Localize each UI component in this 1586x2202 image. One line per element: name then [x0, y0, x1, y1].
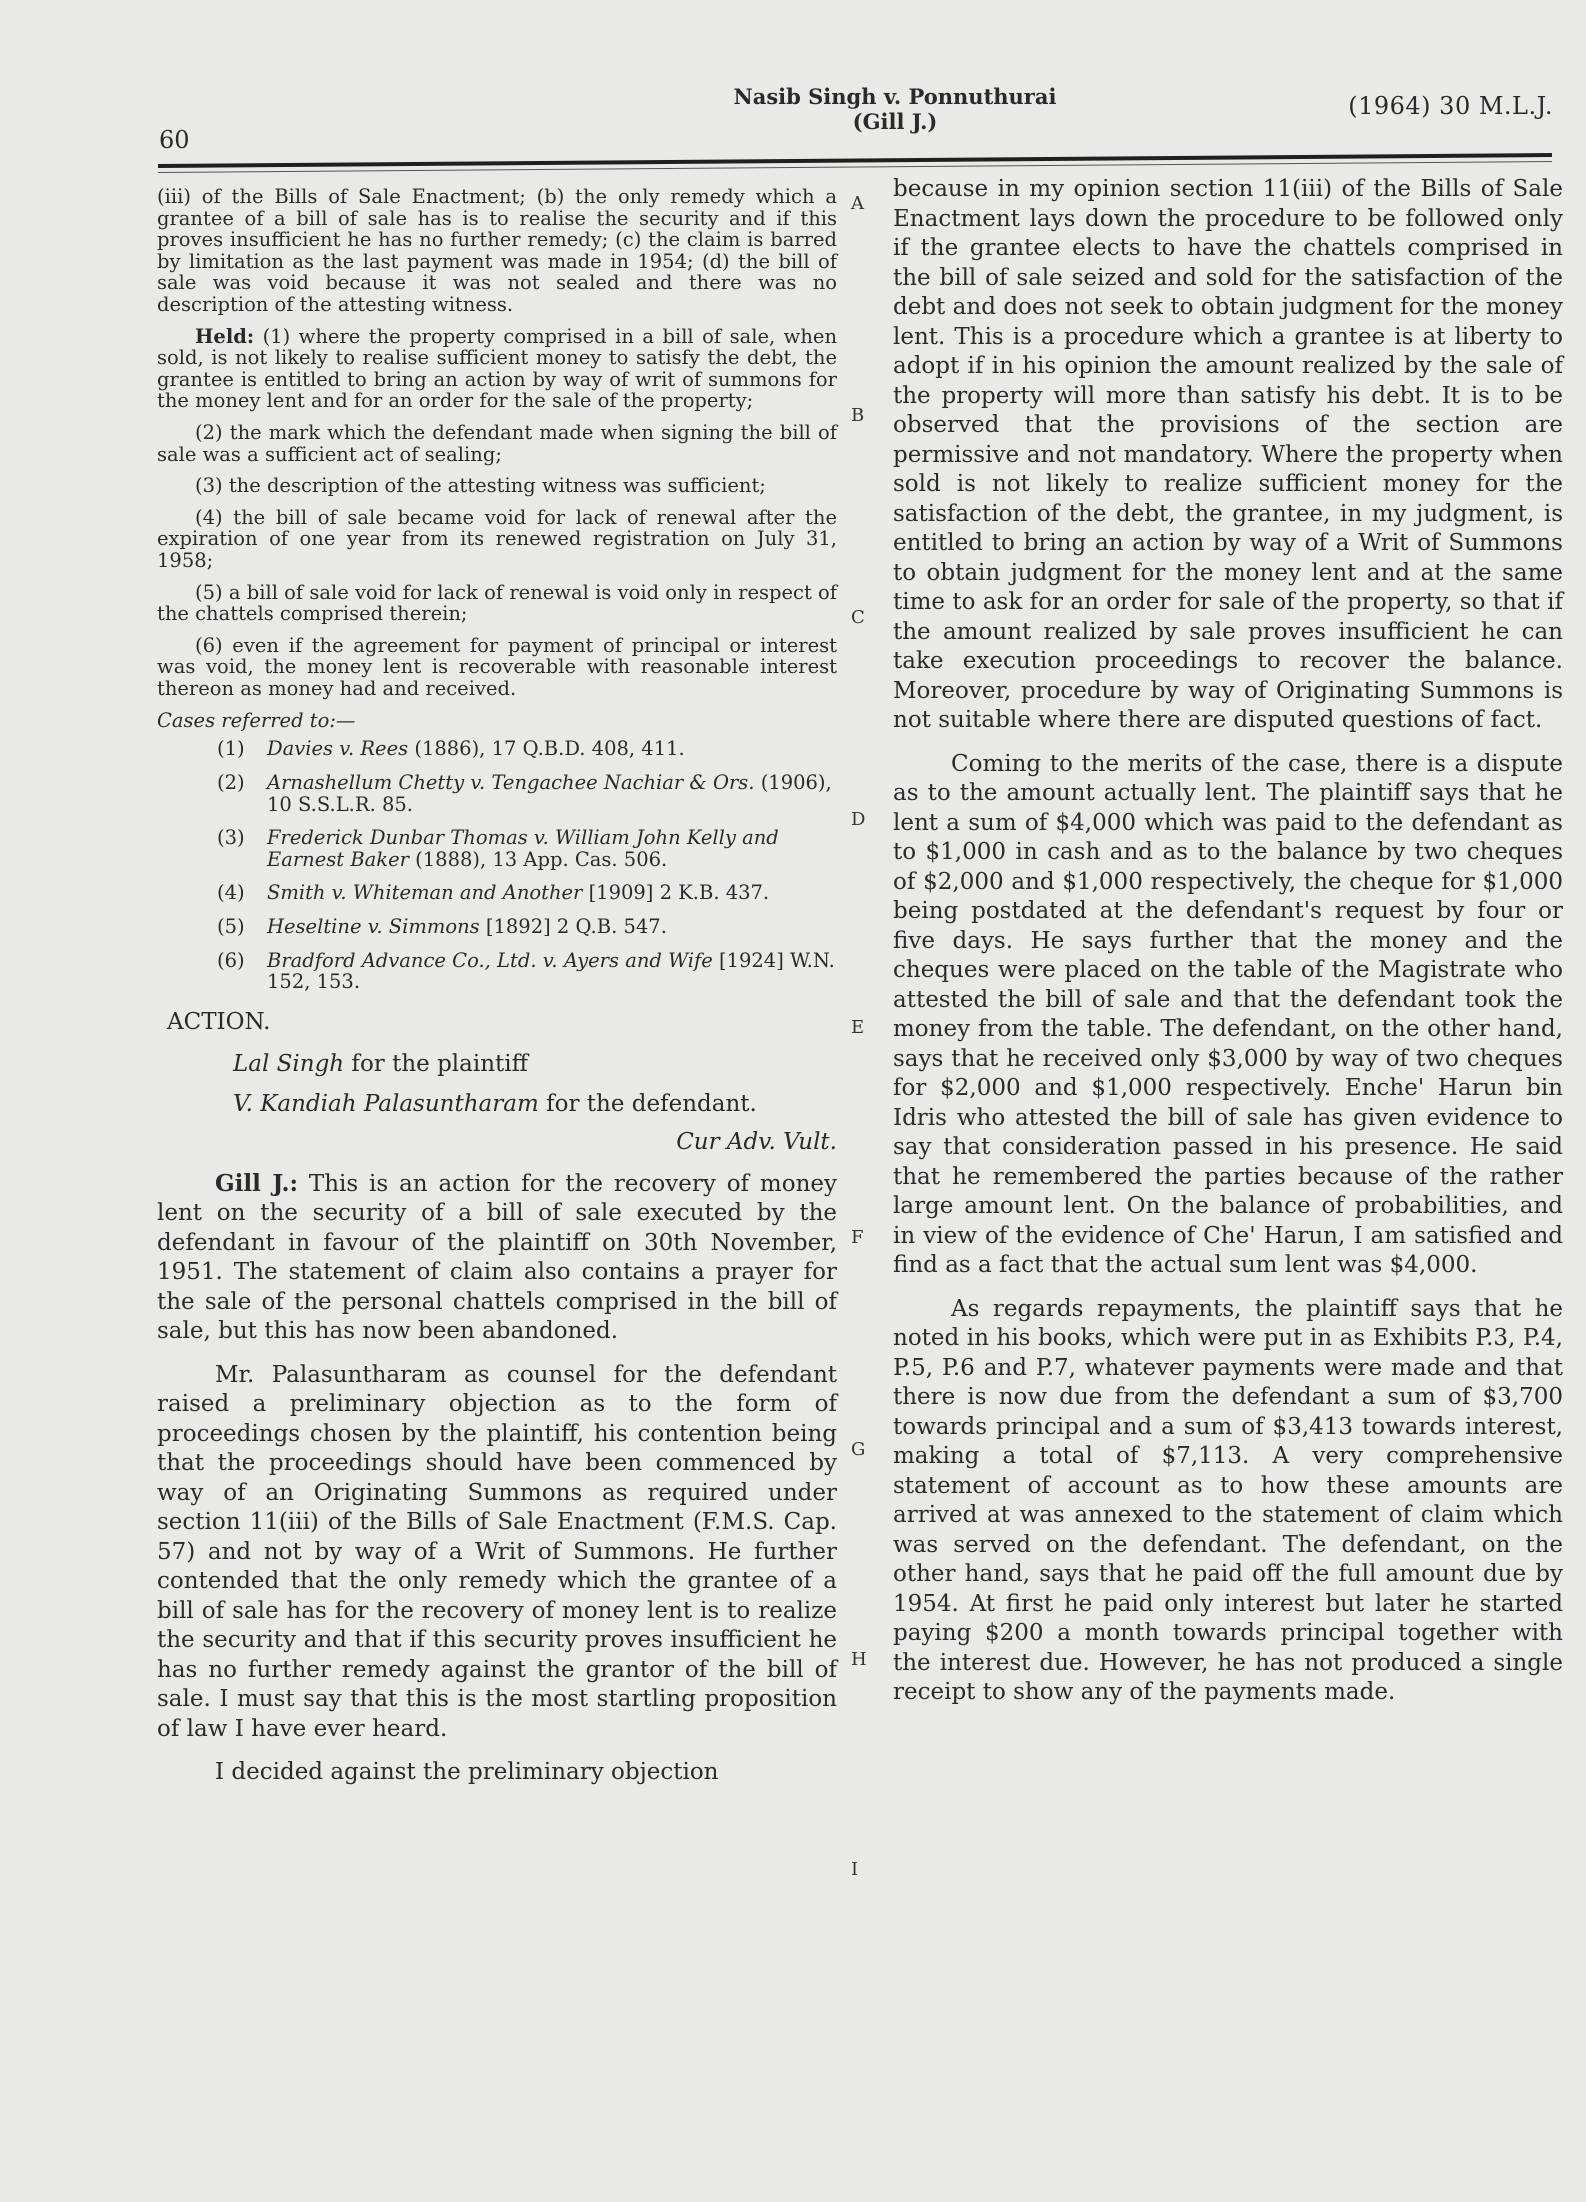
case-item: (2)Arnashellum Chetty v. Tengachee Nachi…: [217, 772, 837, 815]
judgment-para-4: because in my opinion section 11(iii) of…: [893, 175, 1563, 736]
margin-letter-h: H: [851, 1649, 867, 1670]
defendant-counsel: V. Kandiah Palasuntharam for the defenda…: [157, 1089, 837, 1119]
margin-letter-c: C: [851, 607, 865, 628]
judgment-para-2: Mr. Palasuntharam as counsel for the def…: [157, 1361, 837, 1745]
left-column: (iii) of the Bills of Sale Enactment; (b…: [157, 186, 837, 1802]
case-title-judge: (Gill J.): [685, 109, 1105, 134]
case-item: (6)Bradford Advance Co., Ltd. v. Ayers a…: [217, 950, 837, 993]
judgment-para-1: Gill J.: This is an action for the recov…: [157, 1169, 837, 1347]
held-3: (3) the description of the attesting wit…: [157, 475, 837, 497]
case-item: (4)Smith v. Whiteman and Another [1909] …: [217, 882, 837, 904]
judgment-para-5: Coming to the merits of the case, there …: [893, 750, 1563, 1281]
judge-label: Gill J.:: [215, 1170, 298, 1197]
case-title-parties: Nasib Singh v. Ponnuthurai: [685, 84, 1105, 109]
right-column: A B C D E F G H I because in my opinion …: [893, 175, 1563, 1722]
cases-referred-list: (1)Davies v. Rees (1886), 17 Q.B.D. 408,…: [157, 738, 837, 992]
held-2: (2) the mark which the defendant made wh…: [157, 422, 837, 465]
held-4: (4) the bill of sale became void for lac…: [157, 507, 837, 572]
held-label: Held:: [195, 325, 254, 348]
margin-letter-b: B: [851, 405, 864, 426]
headnote-intro: (iii) of the Bills of Sale Enactment; (b…: [157, 186, 837, 316]
case-item: (5)Heseltine v. Simmons [1892] 2 Q.B. 54…: [217, 916, 837, 938]
held-5: (5) a bill of sale void for lack of rene…: [157, 582, 837, 625]
cases-referred-title: Cases referred to:—: [157, 709, 837, 732]
margin-letter-e: E: [851, 1017, 864, 1038]
document-page: 60 Nasib Singh v. Ponnuthurai (Gill J.) …: [0, 0, 1586, 2202]
action-heading: ACTION.: [167, 1009, 837, 1035]
case-title: Nasib Singh v. Ponnuthurai (Gill J.): [685, 84, 1105, 134]
case-item: (3)Frederick Dunbar Thomas v. William Jo…: [217, 827, 837, 870]
plaintiff-counsel: Lal Singh for the plaintiff: [157, 1049, 837, 1079]
held-1: Held: (1) where the property comprised i…: [157, 326, 837, 412]
judgment-para-3: I decided against the preliminary object…: [157, 1758, 837, 1788]
margin-letter-g: G: [851, 1439, 865, 1460]
case-item: (1)Davies v. Rees (1886), 17 Q.B.D. 408,…: [217, 738, 837, 760]
margin-letter-i: I: [851, 1859, 858, 1880]
margin-letter-a: A: [851, 193, 864, 214]
report-citation: (1964) 30 M.L.J.: [1348, 92, 1553, 120]
margin-letter-d: D: [851, 809, 865, 830]
page-number: 60: [159, 126, 190, 154]
cur-adv-vult: Cur Adv. Vult.: [157, 1129, 837, 1155]
judgment-para-6: As regards repayments, the plaintiff say…: [893, 1295, 1563, 1708]
held-6: (6) even if the agreement for payment of…: [157, 635, 837, 700]
margin-letter-f: F: [851, 1227, 864, 1248]
